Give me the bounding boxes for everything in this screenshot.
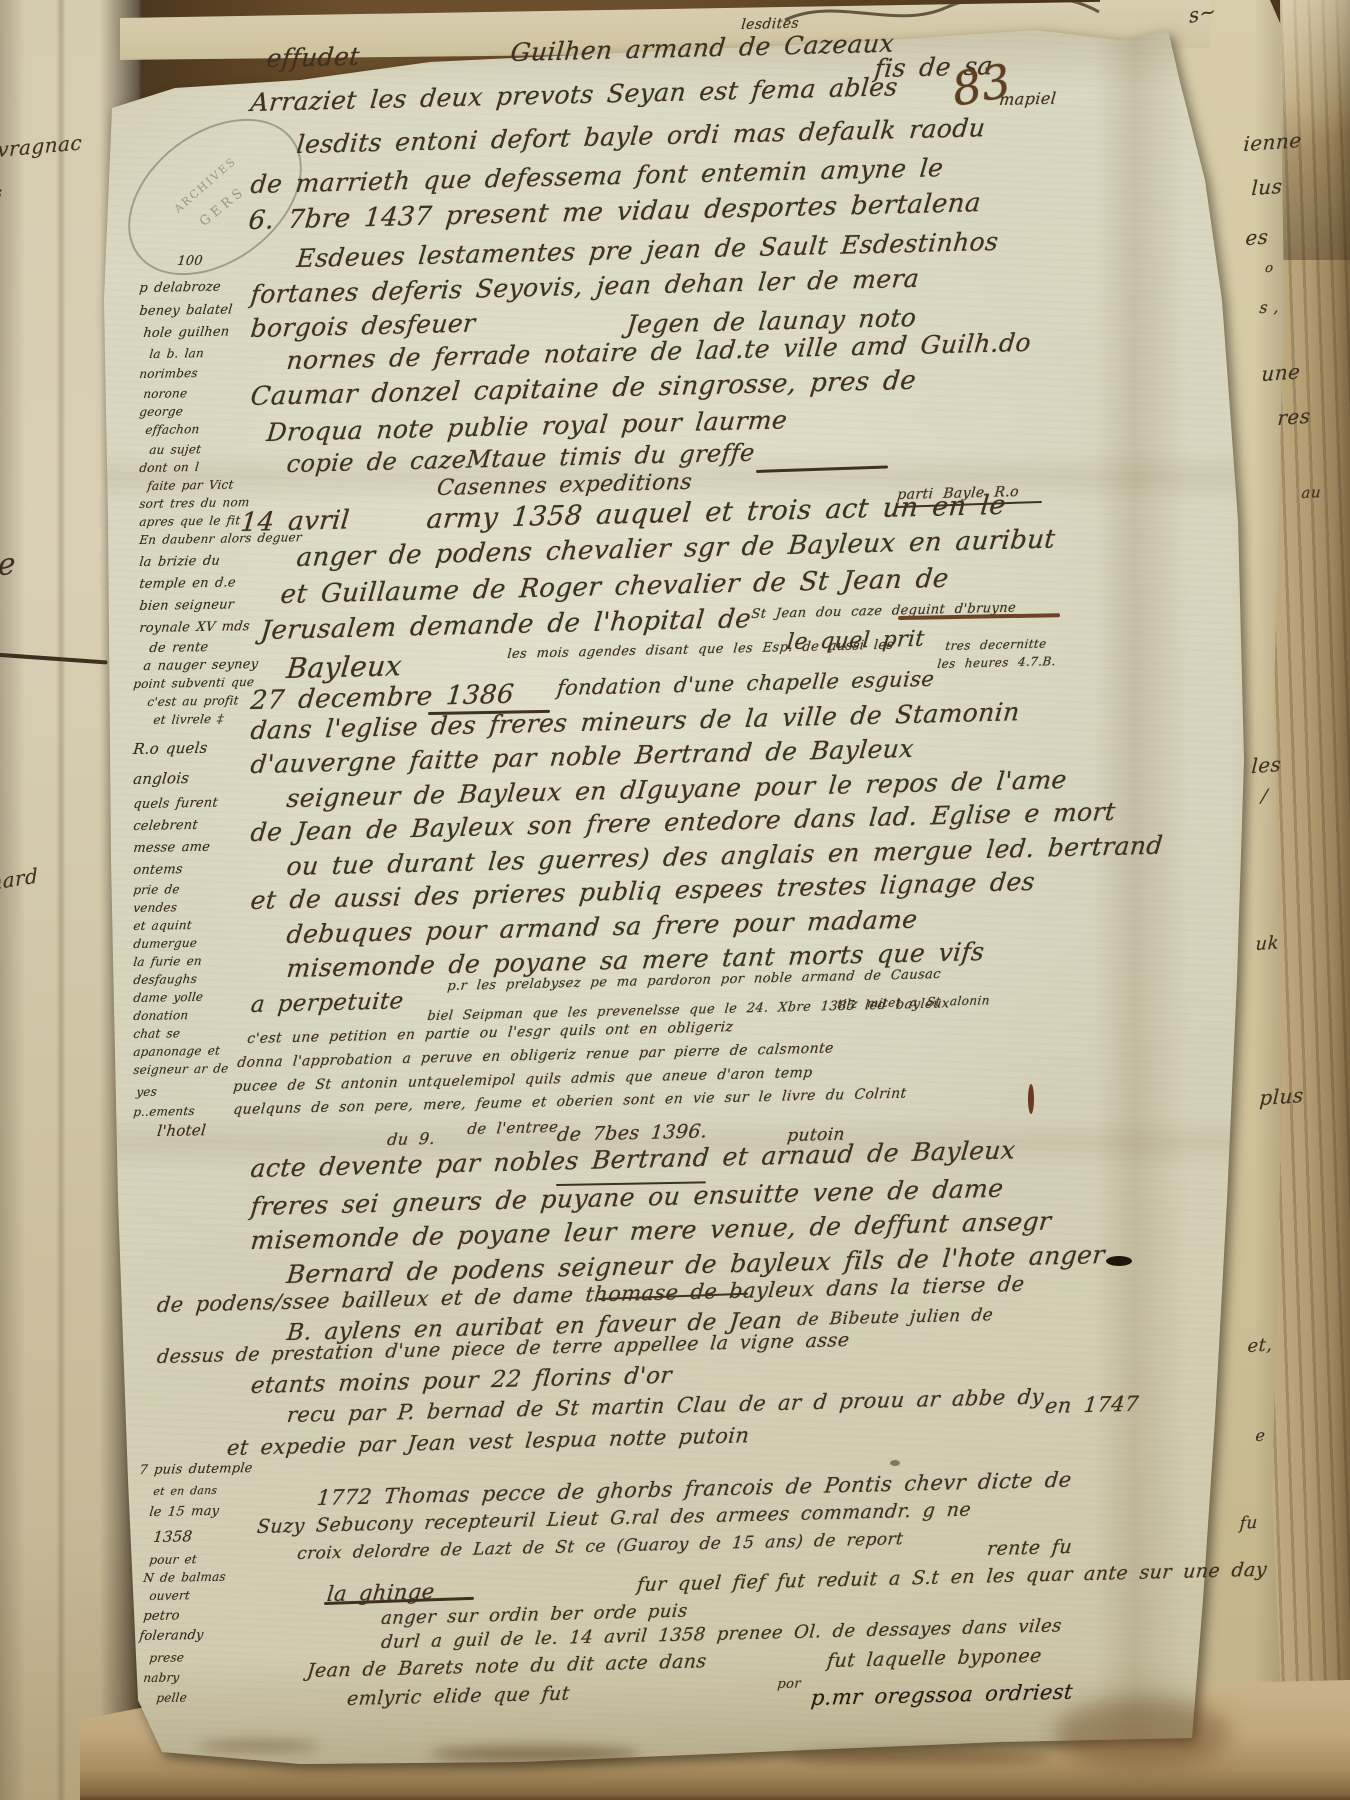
margin-note: beney balatel: [139, 303, 234, 318]
margin-note: et en dans: [153, 1485, 218, 1497]
handwriting-line: tres decernitte: [945, 638, 1047, 653]
margin-note: george: [139, 405, 184, 418]
handwriting-line: borgois desfeuer: [250, 311, 477, 342]
margin-note: messe ame: [133, 841, 211, 855]
margin-note: 100: [177, 255, 204, 268]
margin-note: hole guilhen: [143, 325, 230, 340]
margin-note: 7 puis dutemple: [139, 1462, 254, 1477]
margin-note: au sujet: [149, 443, 202, 456]
margin-note: la b. lan: [149, 347, 205, 360]
margin-note: folerandy: [139, 1629, 205, 1643]
ink-blot: [790, 1750, 1050, 1764]
margin-note: c'est au profit: [147, 694, 240, 708]
text-fragment: et,: [1247, 1336, 1273, 1356]
margin-note: la furie en: [133, 955, 203, 968]
margin-note: nabry: [143, 1671, 180, 1684]
margin-note: prese: [149, 1651, 185, 1664]
text-fragment: au: [1301, 485, 1322, 501]
handwriting-line: parti Bayle R.o: [897, 485, 1020, 502]
margin-note: yes: [136, 1086, 158, 1098]
text-fragment: lus: [1251, 176, 1283, 198]
handwriting-line: du 9.: [386, 1131, 435, 1148]
handwriting-line: les heures 4.7.B.: [937, 655, 1057, 670]
margin-note: et livrele ‡: [153, 713, 224, 726]
text-fragment: e: [1255, 1427, 1266, 1444]
margin-note: apres que le fit: [139, 514, 241, 528]
text-fragment: s~: [1188, 0, 1217, 26]
margin-note: roynale XV mds: [139, 620, 251, 635]
margin-note: bien seigneur: [139, 598, 235, 613]
text-fragment: rs: [0, 185, 3, 203]
margin-note: pour et: [149, 1553, 198, 1566]
handwriting-line: 27 decembre 1386: [249, 682, 515, 715]
margin-note: 1358: [152, 1529, 193, 1545]
handwriting-line: Bayleux: [285, 652, 403, 683]
margin-note: la brizie du: [139, 555, 221, 569]
ink-blot: [1055, 1698, 1230, 1770]
text-fragment: aue: [0, 549, 16, 586]
text-fragment: une: [1261, 361, 1301, 384]
text-fragment: /: [1260, 788, 1268, 806]
margin-note: ontems: [133, 863, 184, 877]
text-fragment: ienne: [1243, 130, 1302, 154]
manuscript-photo: { "page_number": "83", "stamp": { "line1…: [0, 0, 1350, 1800]
margin-note: celebrent: [133, 819, 199, 833]
margin-note: norimbes: [139, 367, 199, 380]
handwriting-line: fut laquelle byponee: [826, 1647, 1042, 1671]
handwriting-line: emlyric elide que fut: [346, 1685, 571, 1709]
margin-note: p delabroze: [139, 281, 222, 295]
margin-note: vendes: [133, 901, 178, 914]
margin-note: temple en d.e: [139, 576, 237, 591]
ink-blot: [430, 1746, 640, 1762]
margin-note: R.o quels: [132, 741, 208, 757]
margin-note: petro: [143, 1609, 181, 1623]
margin-note: pelle: [156, 1691, 188, 1704]
margin-note: donation: [133, 1009, 189, 1022]
text-fragment: les: [1251, 754, 1282, 776]
margin-note: seigneur ar de: [133, 1062, 229, 1076]
margin-note: dont on l: [139, 461, 200, 474]
margin-note: faite par Vict: [147, 478, 234, 492]
text-fragment: uk: [1255, 934, 1279, 954]
text-fragment: s ,: [1259, 299, 1280, 316]
margin-note: ouvert: [149, 1589, 191, 1602]
handwriting-line: de l'entree: [467, 1120, 560, 1137]
margin-note: dame yolle: [133, 991, 204, 1004]
margin-note: quels furent: [133, 797, 219, 811]
margin-note: a nauger seyney: [143, 658, 259, 673]
handwriting-line: de 7bes 1396.: [556, 1122, 708, 1145]
handwriting-line: por: [777, 1677, 802, 1691]
text-fragment: es: [1245, 226, 1269, 248]
margin-note: de rente: [149, 641, 209, 655]
ink-blot: [198, 1740, 318, 1752]
margin-note: chat se: [133, 1027, 181, 1040]
margin-note: le 15 may: [149, 1505, 220, 1519]
margin-note: N de balmas: [143, 1571, 227, 1584]
handwriting-line: lesdites: [741, 17, 800, 32]
margin-note: p..ements: [133, 1105, 196, 1118]
ink-blot: [890, 1460, 900, 1466]
margin-note: apanonage et: [133, 1044, 221, 1058]
text-fragment: res: [1277, 406, 1311, 428]
text-fragment: plus: [1259, 1085, 1304, 1108]
margin-note: anglois: [132, 771, 190, 787]
margin-note: et aquint: [133, 919, 193, 932]
margin-note: effachon: [145, 423, 200, 436]
margin-note: prie de: [133, 883, 181, 896]
handwriting-line: de Bibeute julien de: [796, 1307, 994, 1329]
margin-note: l'hotel: [156, 1123, 206, 1139]
handwriting-line: a perpetuite: [250, 990, 405, 1017]
margin-note: sort tres du nom: [139, 496, 250, 510]
margin-note: En daubenr alors deguer: [139, 531, 303, 546]
margin-note: point subventi que: [133, 676, 255, 690]
handwriting-line: en 1747: [1044, 1394, 1140, 1417]
margin-note: dumergue: [133, 937, 198, 950]
handwriting-line: rente fu: [986, 1538, 1073, 1559]
text-fragment: o: [1264, 262, 1274, 275]
margin-note: norone: [143, 387, 188, 400]
ink-blot: [1106, 1256, 1132, 1266]
ink-blot: [1028, 1084, 1034, 1114]
text-fragment: fu: [1239, 1515, 1258, 1533]
handwriting-line: effudet: [266, 44, 361, 71]
margin-note: desfaughs: [133, 973, 198, 986]
folio-number: 83: [948, 53, 1015, 116]
